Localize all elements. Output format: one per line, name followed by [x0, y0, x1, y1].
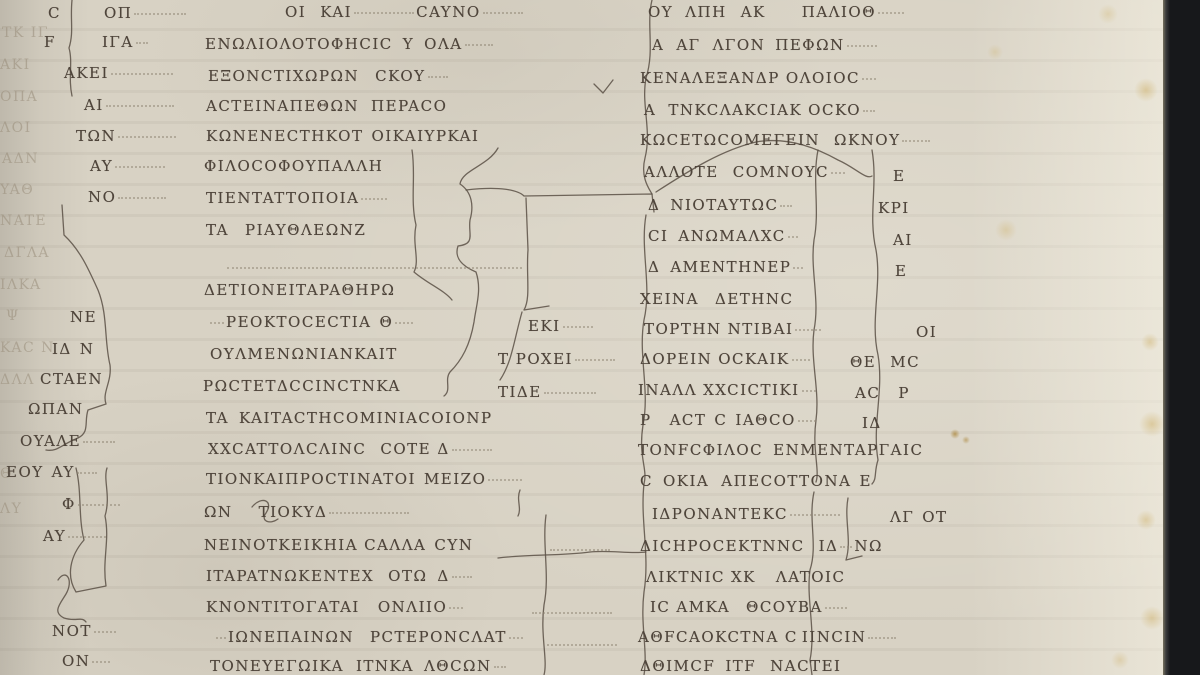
manuscript-line-right: IΔ	[862, 414, 882, 432]
text-fragment: AI	[893, 231, 913, 249]
text-fragment: ΔICHPOCEKTNNC	[640, 537, 805, 555]
manuscript-line-right: KENAΛEΞANΔPOΛOIOC	[640, 69, 878, 87]
manuscript-line-middle: TAPIAYΘΛEΩNZ	[206, 221, 366, 239]
text-fragment: AY	[43, 527, 66, 545]
text-fragment: P	[898, 384, 910, 402]
manuscript-line-right: ΔICHPOCEKTNNCIΔNΩ	[640, 537, 883, 555]
text-fragment: NACTEI	[770, 657, 841, 675]
text-fragment: KNONTITOΓATAI	[206, 598, 360, 616]
lost-text-leader	[68, 533, 106, 538]
text-fragment: NTIBAI	[728, 320, 794, 338]
text-fragment: EΞONCTIXΩPΩN	[208, 67, 359, 85]
lost-text-leader	[780, 202, 792, 207]
lost-text-leader	[452, 573, 472, 578]
manuscript-line-left_faded: ΛY	[0, 500, 22, 518]
manuscript-line-right: KPI	[878, 199, 910, 217]
lost-text-leader	[465, 41, 493, 46]
manuscript-line-right: ΘEMC	[850, 353, 920, 371]
manuscript-line-left_faded: IΛKA	[0, 276, 42, 294]
text-fragment: TΩN	[76, 127, 116, 145]
lost-text-leader	[361, 195, 387, 200]
manuscript-line-middle: ENΩΛIOΛOTOΦHCICYOΛA	[205, 35, 495, 53]
manuscript-line-left_faded: ΔΓΛA	[4, 244, 50, 262]
text-fragment: ACTEINAΠEΘΩN	[206, 97, 359, 115]
manuscript-line-right: AI	[893, 231, 913, 249]
manuscript-line-middle: ITAPATNΩKENTEXOTΩΔ	[206, 567, 474, 585]
manuscript-line-right: PACTCIAΘCO	[640, 411, 818, 429]
text-fragment: NOT	[52, 622, 92, 640]
text-fragment: OCKO	[808, 101, 861, 119]
manuscript-line-left: C	[48, 4, 61, 22]
lost-text-leader	[792, 356, 810, 361]
text-fragment: TIONKAIΠPOCTINATOI	[206, 470, 416, 488]
lost-text-leader	[788, 233, 798, 238]
text-fragment: OΠ	[104, 4, 132, 22]
text-fragment: TIΔE	[498, 383, 542, 401]
lost-text-leader	[118, 133, 176, 138]
text-fragment: OKIA	[663, 472, 709, 490]
manuscript-line-left_faded: KAC N	[0, 339, 55, 357]
text-fragment: IΔ	[819, 537, 839, 555]
manuscript-line-right: ΔΘIMCFITFNACTEI	[640, 657, 841, 675]
lost-text-leader	[847, 42, 877, 47]
text-fragment: A	[652, 36, 664, 54]
lost-text-leader	[793, 264, 803, 269]
text-fragment: ΛOI	[0, 119, 32, 137]
text-fragment: TNKCΛAKCIAK	[668, 101, 802, 119]
text-fragment: ΦIΛOCOΦOYΠAΛΛH	[204, 157, 383, 175]
manuscript-line-left: IΔN	[52, 340, 94, 358]
manuscript-line-left: OΠ	[104, 4, 188, 22]
text-fragment: F	[44, 33, 56, 51]
manuscript-line-right: ΔOPEINOCKAIK	[640, 350, 812, 368]
lost-text-leader	[798, 417, 816, 422]
lost-text-leader	[825, 604, 847, 609]
text-fragment: OI	[285, 3, 306, 21]
text-fragment: ITF	[725, 657, 756, 675]
manuscript-line-right: AΛΛOTECOMNOYC	[644, 163, 847, 181]
manuscript-line-middle: KΩNENECTHKOTOIKAIYPKAI	[206, 127, 479, 145]
lost-text-leader	[354, 9, 414, 14]
lost-text-leader	[77, 469, 97, 474]
text-fragment: AK	[741, 3, 766, 21]
text-fragment: ΔΓΛA	[4, 244, 50, 262]
lost-text-leader	[83, 438, 115, 443]
manuscript-line-right: E	[895, 262, 907, 280]
text-fragment: AY	[52, 463, 75, 481]
text-fragment: AMKA	[676, 598, 730, 616]
manuscript-line-left: EOYAY	[6, 463, 99, 481]
text-fragment: CAΛΛA	[364, 536, 426, 554]
manuscript-line-middle: ΩNTIOKYΔ	[204, 503, 411, 521]
text-fragment: TK IΓ	[2, 24, 49, 42]
text-fragment: OTΩ	[388, 567, 427, 585]
text-fragment: PIAYΘΛEΩNZ	[245, 221, 366, 239]
text-fragment: AΘFCAOKCTNA	[638, 628, 779, 646]
manuscript-line-right: TOPTHNNTIBAI	[644, 320, 823, 338]
lost-text-leader	[227, 264, 522, 269]
manuscript-page: TK IΓAKIOΠAΛOIAΔNYAΘNATEΔΓΛAIΛKAΨKAC NΔΛ…	[0, 0, 1200, 675]
lost-text-leader	[216, 634, 226, 639]
text-fragment: NATE	[0, 212, 47, 230]
manuscript-line-right: CIANΩMAΛXC	[648, 227, 800, 245]
manuscript-line-right: OI	[916, 323, 937, 341]
lost-text-leader	[483, 9, 523, 14]
text-fragment: PΩCTETΔCCINCTNKA	[203, 377, 401, 395]
manuscript-line-left_faded: ΛOI	[0, 119, 32, 137]
manuscript-line-right: ACP	[855, 384, 910, 402]
lost-text-leader	[563, 323, 593, 328]
lost-text-leader	[802, 387, 816, 392]
manuscript-line-left: IΓA	[102, 33, 150, 51]
text-fragment: N	[80, 340, 95, 358]
manuscript-line-middle: ΦIΛOCOΦOYΠAΛΛH	[204, 157, 383, 175]
manuscript-line-left: ΩΠAN	[28, 400, 83, 418]
manuscript-line-right: ΔNIOTAYTΩC	[648, 196, 794, 214]
manuscript-line-middle	[548, 540, 612, 558]
text-fragment: CKOY	[375, 67, 425, 85]
text-fragment: ITAPATNΩKENTEX	[206, 567, 374, 585]
text-fragment: C	[785, 628, 798, 646]
text-fragment: AY	[90, 157, 113, 175]
text-fragment: AΔN	[2, 150, 39, 168]
text-fragment: NIOTAYTΩC	[670, 196, 778, 214]
manuscript-line-right: AAΓΛΓONΠEΦΩN	[652, 36, 879, 54]
lost-text-leader	[115, 163, 165, 168]
text-fragment: A	[644, 101, 656, 119]
text-fragment: MEIZO	[424, 470, 486, 488]
text-fragment: CTAEN	[40, 370, 103, 388]
text-fragment: C	[714, 411, 727, 429]
text-layer: TK IΓAKIOΠAΛOIAΔNYAΘNATEΔΓΛAIΛKAΨKAC NΔΛ…	[0, 0, 1200, 675]
text-fragment: IΔPONANTEKC	[652, 505, 788, 523]
manuscript-line-left: NOT	[52, 622, 118, 640]
text-fragment: EKI	[528, 317, 561, 335]
text-fragment: E	[893, 167, 905, 185]
text-fragment: OΠA	[0, 88, 38, 106]
manuscript-line-middle: KNONTITOΓATAIONΛIIO	[206, 598, 465, 616]
text-fragment: NΩ	[854, 537, 883, 555]
text-fragment: ΛΓON	[713, 36, 766, 54]
text-fragment: Δ	[648, 196, 660, 214]
lost-text-leader	[831, 169, 845, 174]
text-fragment: AKI	[0, 56, 31, 74]
manuscript-line-right: INAΛΛXXCICTIKI	[638, 381, 818, 399]
manuscript-line-right: KΩCETΩCOMEΓEINΩKNOY	[640, 131, 932, 149]
text-fragment: OY	[648, 3, 673, 21]
manuscript-line-right: IΔPONANTEKC	[652, 505, 842, 523]
text-fragment: Δ	[648, 258, 660, 276]
manuscript-line-right: ΛIKTNICXKΛATOIC	[646, 568, 845, 586]
text-fragment: OΛOIOC	[786, 69, 860, 87]
text-fragment: COTE Δ	[380, 440, 449, 458]
text-fragment: XXCICTIKI	[703, 381, 800, 399]
manuscript-line-right: COKIAAΠECOTTONAE	[640, 472, 872, 490]
text-fragment: ΔETIONEITAPAΘHPΩ	[204, 281, 395, 299]
text-fragment: ACT	[670, 411, 707, 429]
text-fragment: AI	[84, 96, 104, 114]
text-fragment: ANΩMAΛXC	[678, 227, 785, 245]
lost-text-leader	[78, 501, 120, 506]
lost-text-leader	[790, 511, 840, 516]
manuscript-line-left: AY	[43, 527, 108, 545]
text-fragment: E	[859, 472, 871, 490]
manuscript-line-left: TΩN	[76, 127, 178, 145]
text-fragment: AΛΛOTE	[644, 163, 719, 181]
text-fragment: IΔ	[862, 414, 882, 432]
text-fragment: XXCATTOΛCΛINC	[208, 440, 366, 458]
lost-text-leader	[111, 70, 173, 75]
text-fragment: ONΛIIO	[378, 598, 447, 616]
manuscript-line-middle	[225, 258, 524, 276]
lost-text-leader	[795, 326, 821, 331]
lost-text-leader	[544, 389, 596, 394]
text-fragment: IΓA	[102, 33, 134, 51]
text-fragment: OT	[922, 508, 947, 526]
text-fragment: ΛΠH	[685, 3, 727, 21]
text-fragment: COMNOYC	[733, 163, 829, 181]
lost-text-leader	[840, 543, 852, 548]
text-fragment: ΠEΦΩN	[775, 36, 844, 54]
manuscript-line-left_faded: AΔN	[2, 150, 39, 168]
text-fragment: Δ	[437, 567, 449, 585]
text-fragment: ΩΠAN	[28, 400, 83, 418]
text-fragment: Y	[403, 35, 414, 53]
text-fragment: ΛΓ	[890, 508, 914, 526]
lost-text-leader	[532, 609, 612, 614]
text-fragment: IAΘCO	[735, 411, 795, 429]
lost-text-leader	[210, 319, 224, 324]
text-fragment: C	[48, 4, 61, 22]
text-fragment: P	[640, 411, 652, 429]
manuscript-line-middle: PEOKTOCECTIAΘ	[208, 313, 415, 331]
text-fragment: INAΛΛ	[638, 381, 697, 399]
manuscript-line-middle: NEINOTKEIKHIACAΛΛACYN	[204, 536, 473, 554]
text-fragment: NO	[88, 188, 116, 206]
lost-text-leader	[509, 634, 523, 639]
manuscript-line-right: ΔAMENTHNEP	[648, 258, 805, 276]
manuscript-line-middle	[530, 603, 614, 621]
text-fragment: IΩNEΠAINΩN	[228, 628, 354, 646]
text-fragment: ΛATOIC	[776, 568, 846, 586]
text-fragment: MC	[890, 353, 920, 371]
text-fragment: KAI	[320, 3, 352, 21]
lost-text-leader	[134, 10, 186, 15]
manuscript-line-middle: OYΛMENΩNIANKAIT	[210, 345, 398, 363]
scan-edge	[1163, 0, 1200, 675]
lost-text-leader	[868, 634, 896, 639]
text-fragment: AΓ	[676, 36, 700, 54]
lost-text-leader	[94, 628, 116, 633]
text-fragment: ΔΛΛ	[0, 371, 35, 389]
text-fragment: YAΘ	[0, 181, 34, 199]
lost-text-leader	[118, 194, 166, 199]
text-fragment: ΔΘIMCF	[640, 657, 715, 675]
manuscript-line-middle: OIKAICAYNO	[285, 3, 525, 21]
manuscript-line-middle: EKI	[528, 317, 595, 335]
text-fragment: IΛKA	[0, 276, 42, 294]
text-fragment: ΛY	[0, 500, 22, 518]
text-fragment: KENAΛEΞANΔP	[640, 69, 780, 87]
manuscript-line-right: E	[893, 167, 905, 185]
manuscript-line-middle: TAKAITACTHCOMINIACOIONP	[206, 409, 493, 427]
manuscript-line-middle: ΔETIONEITAPAΘHPΩ	[204, 281, 395, 299]
text-fragment: TA	[206, 409, 229, 427]
manuscript-line-left: AY	[90, 157, 167, 175]
lost-text-leader	[862, 75, 876, 80]
lost-text-leader	[494, 663, 506, 668]
text-fragment: CAYNO	[416, 3, 481, 21]
manuscript-line-left: AKEI	[64, 64, 175, 82]
text-fragment: TIOKYΔ	[259, 503, 328, 521]
text-fragment: ΛΘCΩN	[424, 657, 492, 675]
manuscript-line-left_faded: Ψ	[6, 307, 20, 325]
manuscript-line-middle: EΞONCTIXΩPΩNCKOY	[208, 67, 450, 85]
text-fragment: ON	[62, 652, 90, 670]
text-fragment: IΔ	[52, 340, 72, 358]
text-fragment: EOY	[6, 463, 44, 481]
manuscript-line-left: CTAEN	[40, 370, 103, 388]
text-fragment: OYAΛE	[20, 432, 81, 450]
manuscript-line-middle: ACTEINAΠEΘΩNΠEPACO	[206, 97, 447, 115]
text-fragment: XEINA	[640, 290, 699, 308]
text-fragment: NE	[70, 308, 97, 326]
manuscript-line-left_faded: NATE	[0, 212, 47, 230]
text-fragment: KΩCETΩCOMEΓEIN	[640, 131, 820, 149]
manuscript-line-left: Φ	[62, 495, 122, 513]
text-fragment: KAITACTHCOMINIACOIONP	[239, 409, 493, 427]
manuscript-line-middle: TIONKAIΠPOCTINATOIMEIZO	[206, 470, 524, 488]
text-fragment: T POXEI	[498, 350, 573, 368]
lost-text-leader	[547, 641, 617, 646]
text-fragment: OYΛMENΩNIANKAIT	[210, 345, 398, 363]
text-fragment: TIENTATTOΠOIA	[206, 189, 359, 207]
manuscript-line-middle: T POXEI	[498, 350, 617, 368]
text-fragment: ITNKA	[356, 657, 414, 675]
text-fragment: TOPTHN	[644, 320, 722, 338]
text-fragment: CI	[648, 227, 668, 245]
manuscript-line-right: OYΛΠHAKΠAΛIOΘ	[648, 3, 906, 21]
text-fragment: KPI	[878, 199, 910, 217]
lost-text-leader	[550, 546, 610, 551]
manuscript-line-right: AΘFCAOKCTNACIINCIN	[638, 628, 898, 646]
manuscript-line-left: F	[44, 33, 56, 51]
manuscript-line-left_faded: AKI	[0, 56, 31, 74]
manuscript-line-right: ICAMKAΘCOYBA	[650, 598, 849, 616]
manuscript-line-middle	[545, 635, 619, 653]
manuscript-line-left: NO	[88, 188, 168, 206]
manuscript-line-left: NE	[70, 308, 97, 326]
text-fragment: XK	[731, 568, 756, 586]
manuscript-line-right: ATNKCΛAKCIAKOCKO	[644, 101, 877, 119]
lost-text-leader	[902, 137, 930, 142]
text-fragment: TONEYEΓΩIKA	[210, 657, 344, 675]
manuscript-line-middle: TIENTATTOΠOIA	[206, 189, 389, 207]
text-fragment: OIKAIYPKAI	[371, 127, 479, 145]
text-fragment: ΛIKTNIC	[646, 568, 725, 586]
text-fragment: IINCIN	[802, 628, 867, 646]
manuscript-line-left_faded: ΔΛΛ	[0, 371, 35, 389]
lost-text-leader	[878, 9, 904, 14]
text-fragment: ΔOPEIN	[640, 350, 712, 368]
lost-text-leader	[329, 509, 409, 514]
lost-text-leader	[575, 356, 615, 361]
text-fragment: CYN	[434, 536, 473, 554]
manuscript-line-middle: XXCATTOΛCΛINCCOTE Δ	[208, 440, 494, 458]
text-fragment: ENΩΛIOΛOTOΦHCIC	[205, 35, 393, 53]
text-fragment: NEINOTKEIKHIA	[204, 536, 358, 554]
manuscript-line-right: XEINAΔETHNC	[640, 290, 794, 308]
manuscript-line-left_faded: YAΘ	[0, 181, 34, 199]
text-fragment: ΩKNOY	[834, 131, 900, 149]
text-fragment: AΠECOTTONA	[721, 472, 851, 490]
text-fragment: ΔETHNC	[715, 290, 793, 308]
text-fragment: KΩNENECTHKOT	[206, 127, 363, 145]
text-fragment: Φ	[62, 495, 76, 513]
text-fragment: ENMENTAPΓAIC	[773, 441, 923, 459]
text-fragment: OΛA	[424, 35, 462, 53]
manuscript-line-middle: TIΔE	[498, 383, 598, 401]
lost-text-leader	[449, 604, 463, 609]
text-fragment: PEOKTOCECTIA	[226, 313, 372, 331]
text-fragment: ΘE	[850, 353, 876, 371]
lost-text-leader	[863, 107, 875, 112]
lost-text-leader	[395, 319, 413, 324]
text-fragment: ΘCOYBA	[746, 598, 823, 616]
manuscript-line-left_faded: TK IΓ	[2, 24, 49, 42]
text-fragment: E	[895, 262, 907, 280]
manuscript-line-right: ΛΓOT	[890, 508, 948, 526]
manuscript-line-middle: PΩCTETΔCCINCTNKA	[203, 377, 401, 395]
text-fragment: AMENTHNEP	[670, 258, 791, 276]
text-fragment: ΩN	[204, 503, 233, 521]
lost-text-leader	[452, 446, 492, 451]
text-fragment: KAC N	[0, 339, 55, 357]
text-fragment: OCKAIK	[718, 350, 789, 368]
lost-text-leader	[428, 73, 448, 78]
manuscript-line-middle: TONEYEΓΩIKAITNKAΛΘCΩN	[210, 657, 508, 675]
text-fragment: OI	[916, 323, 937, 341]
text-fragment: ΠAΛIOΘ	[802, 3, 876, 21]
text-fragment: Ψ	[6, 307, 20, 325]
text-fragment: TONFCΦIΛOC	[638, 441, 763, 459]
manuscript-line-middle: IΩNEΠAINΩNPCTEPONCΛAT	[214, 628, 525, 646]
text-fragment: PCTEPONCΛAT	[370, 628, 507, 646]
text-fragment: IC	[650, 598, 670, 616]
lost-text-leader	[136, 39, 148, 44]
lost-text-leader	[488, 476, 522, 481]
manuscript-line-right: TONFCΦIΛOCENMENTAPΓAIC	[638, 441, 923, 459]
text-fragment: ΠEPACO	[371, 97, 447, 115]
manuscript-line-left: OYAΛE	[20, 432, 117, 450]
text-fragment: C	[640, 472, 653, 490]
text-fragment: TA	[206, 221, 229, 239]
lost-text-leader	[106, 102, 174, 107]
text-fragment: AC	[855, 384, 880, 402]
manuscript-line-left: AI	[84, 96, 176, 114]
text-fragment: Θ	[380, 313, 394, 331]
manuscript-line-left: ON	[62, 652, 112, 670]
text-fragment: AKEI	[64, 64, 109, 82]
lost-text-leader	[92, 658, 110, 663]
manuscript-line-left_faded: OΠA	[0, 88, 38, 106]
